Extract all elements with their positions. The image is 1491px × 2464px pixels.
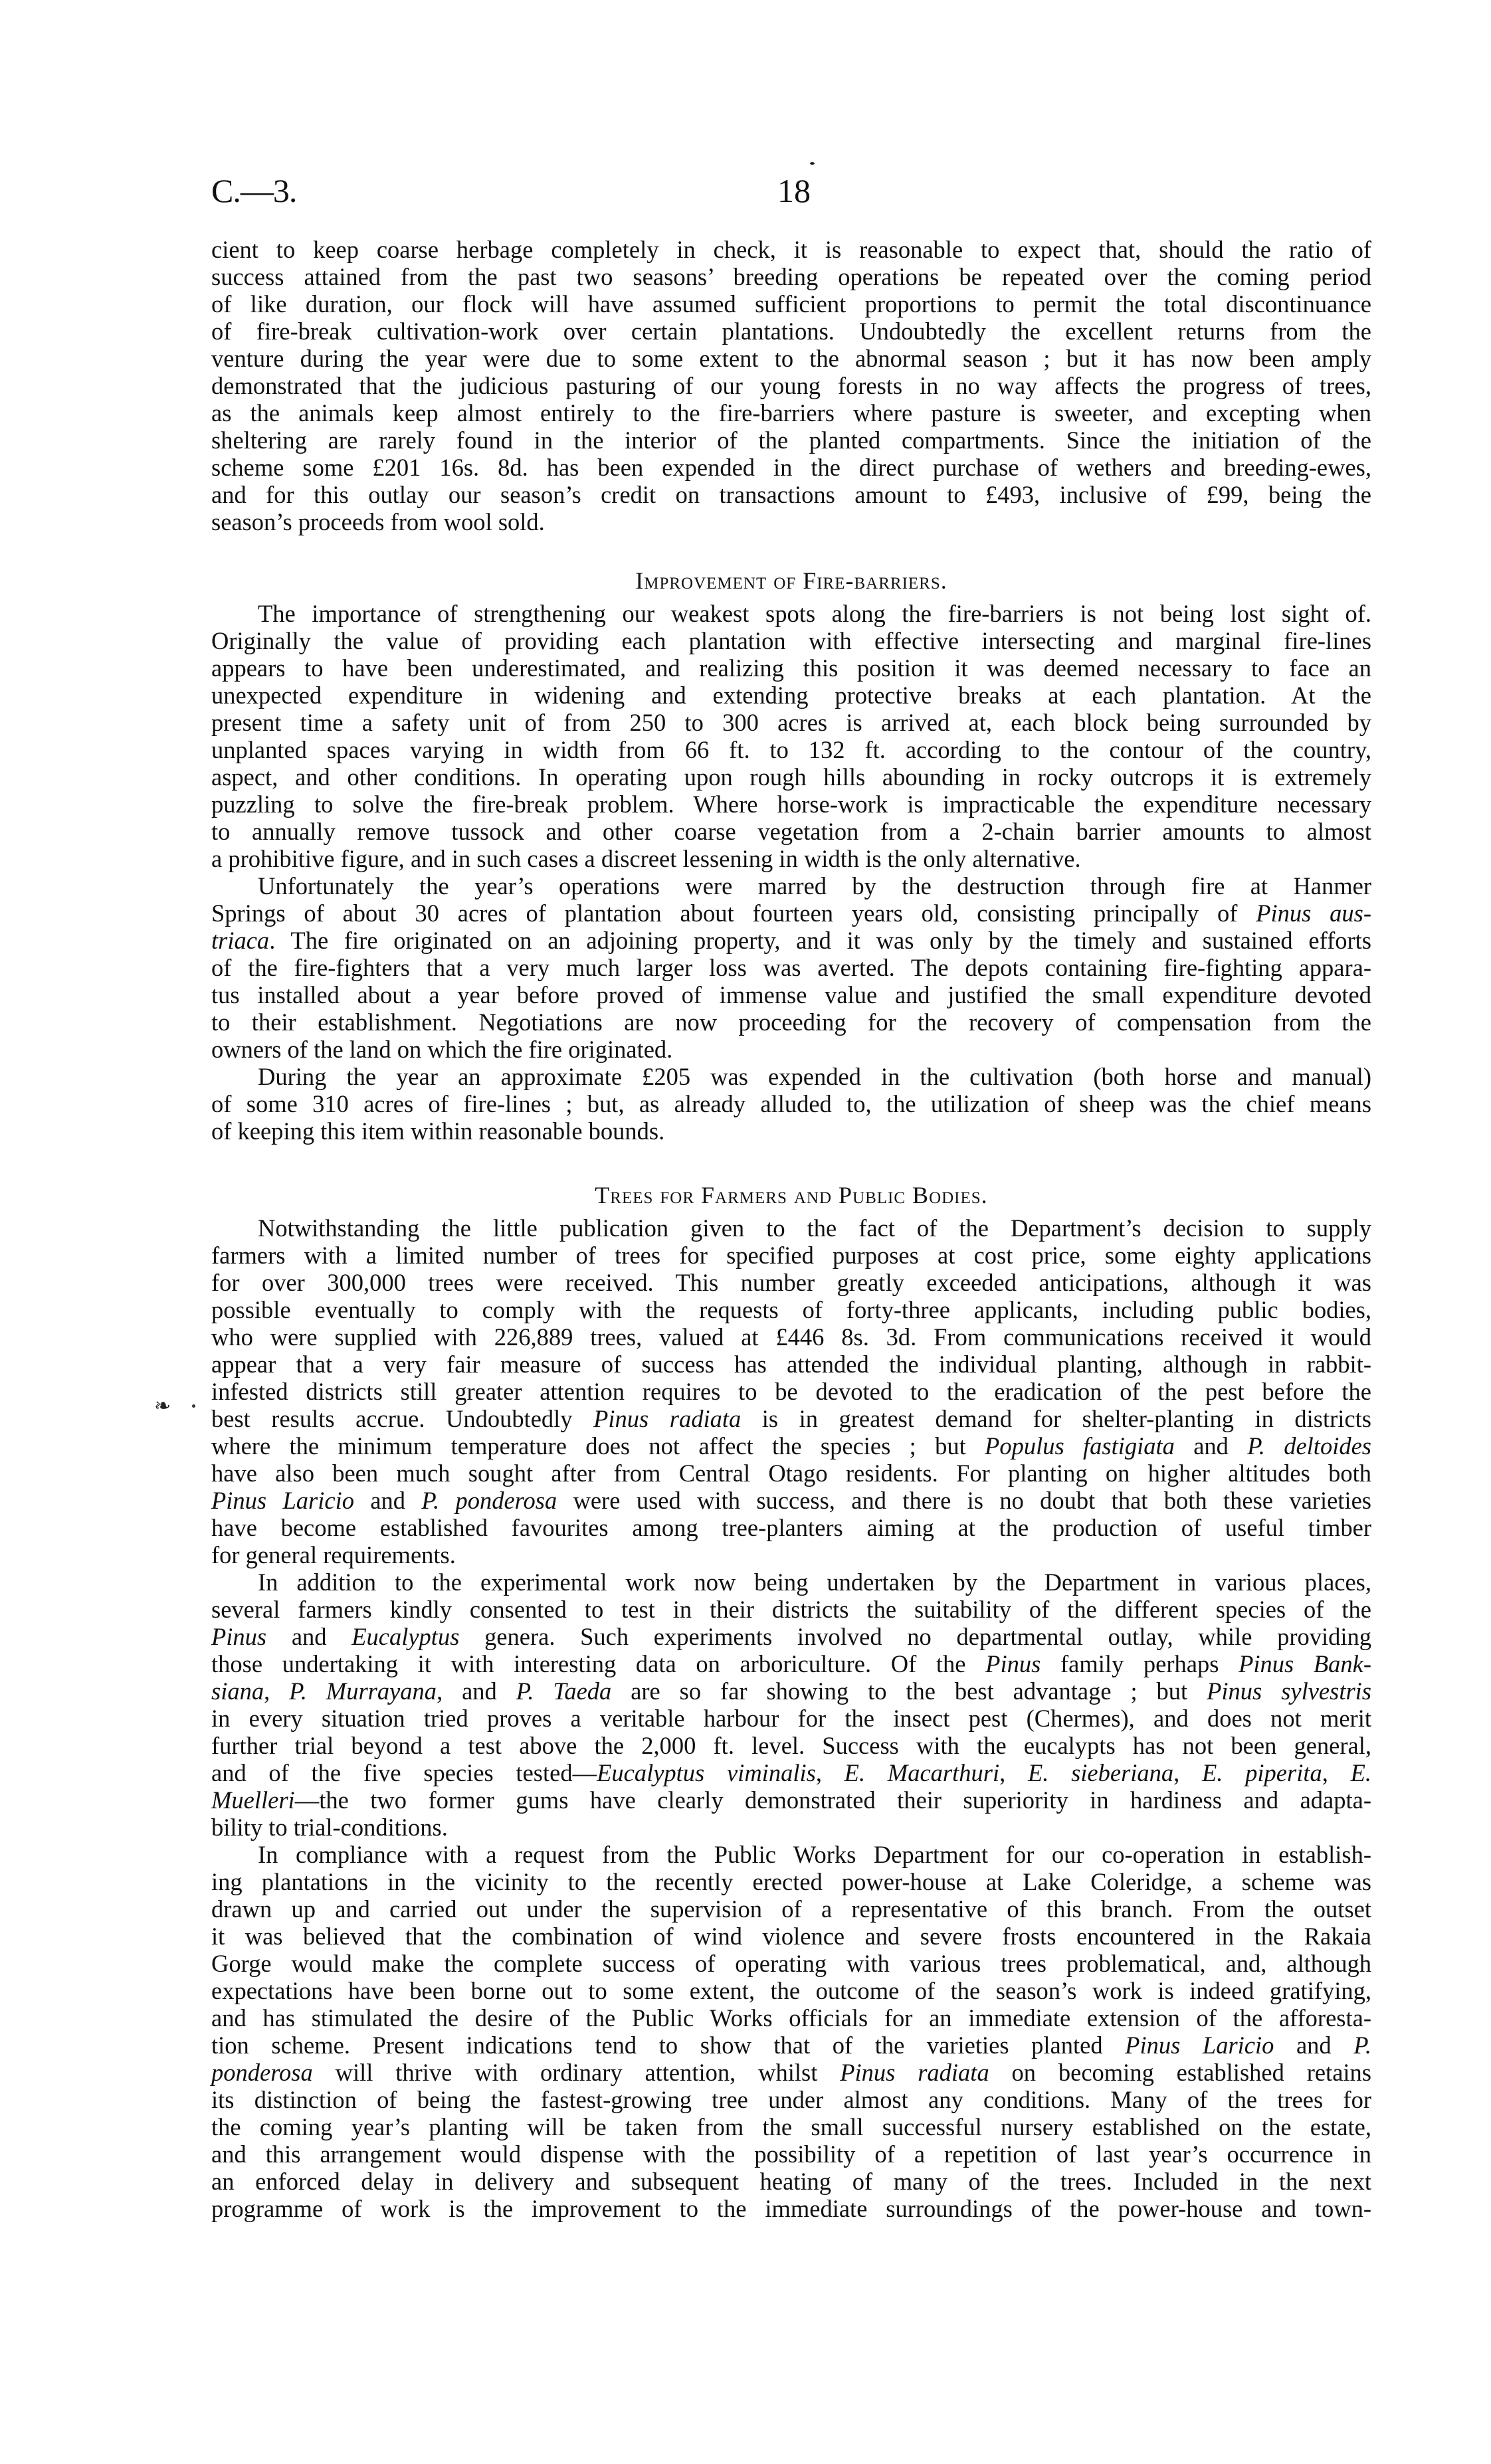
italic-species-name: E. piperita xyxy=(1202,1759,1322,1786)
document-reference: C.—3. xyxy=(211,171,296,210)
section-heading: Trees for Farmers and Public Bodies. xyxy=(211,1182,1371,1209)
text-line: of keeping this item within reasonable b… xyxy=(211,1117,1371,1145)
section-gap xyxy=(211,1145,1371,1182)
italic-species-name: E. sieberiana xyxy=(1028,1759,1173,1786)
text-line: tus installed about a year before proved… xyxy=(211,981,1371,1008)
italic-species-name: ponderosa xyxy=(211,2059,313,2086)
italic-species-name: P. deltoides xyxy=(1247,1432,1371,1460)
text-line: appears to have been underestimated, and… xyxy=(211,654,1371,682)
text-line: to their establishment. Negotiations are… xyxy=(211,1008,1371,1036)
italic-species-name: Populus fastigiata xyxy=(985,1432,1175,1460)
text-line: to annually remove tussock and other coa… xyxy=(211,818,1371,845)
italic-species-name: Pinus xyxy=(211,1623,266,1650)
text-line: for over 300,000 trees were received. Th… xyxy=(211,1269,1371,1296)
text-line: possible eventually to comply with the r… xyxy=(211,1296,1371,1323)
italic-species-name: Pinus Laricio xyxy=(211,1487,354,1514)
text-line: unplanted spaces varying in width from 6… xyxy=(211,736,1371,763)
text-line: and has stimulated the desire of the Pub… xyxy=(211,2004,1371,2032)
section-gap xyxy=(211,535,1371,567)
text-line: Unfortunately the year’s operations were… xyxy=(211,872,1371,900)
text-line: drawn up and carried out under the super… xyxy=(211,1895,1371,1923)
text-line: cient to keep coarse herbage completely … xyxy=(211,236,1371,263)
section-gap xyxy=(211,1209,1371,1214)
text-line: present time a safety unit of from 250 t… xyxy=(211,709,1371,736)
text-line: in every situation tried proves a verita… xyxy=(211,1705,1371,1732)
paragraph: Unfortunately the year’s operations were… xyxy=(211,872,1371,1063)
section-heading: Improvement of Fire-barriers. xyxy=(211,567,1371,595)
margin-dot xyxy=(192,1404,195,1408)
text-line: ing plantations in the vicinity to the r… xyxy=(211,1868,1371,1895)
text-line: expectations have been borne out to some… xyxy=(211,1977,1371,2004)
text-line: have become established favourites among… xyxy=(211,1514,1371,1541)
italic-species-name: Pinus sylvestris xyxy=(1207,1677,1371,1705)
text-line: aspect, and other conditions. In operati… xyxy=(211,763,1371,791)
text-line: of like duration, our flock will have as… xyxy=(211,290,1371,318)
text-line: several farmers kindly consented to test… xyxy=(211,1596,1371,1623)
text-line: unexpected expenditure in widening and e… xyxy=(211,682,1371,709)
italic-species-name: E. Macarthuri xyxy=(845,1759,999,1786)
italic-species-name: E. xyxy=(1351,1759,1371,1786)
text-line: Springs of about 30 acres of plantation … xyxy=(211,900,1371,927)
text-line: sheltering are rarely found in the inter… xyxy=(211,426,1371,454)
paragraph: In compliance with a request from the Pu… xyxy=(211,1841,1371,2222)
text-line: of some 310 acres of fire-lines ; but, a… xyxy=(211,1090,1371,1117)
italic-species-name: Pinus Bank- xyxy=(1239,1650,1371,1677)
text-line: Originally the value of providing each p… xyxy=(211,627,1371,654)
text-line: have also been much sought after from Ce… xyxy=(211,1460,1371,1487)
paragraph: Notwithstanding the little publication g… xyxy=(211,1214,1371,1568)
text-line: scheme some £201 16s. 8d. has been expen… xyxy=(211,454,1371,481)
text-line: a prohibitive figure, and in such cases … xyxy=(211,845,1371,872)
text-line: During the year an approximate £205 was … xyxy=(211,1063,1371,1090)
italic-species-name: Pinus xyxy=(985,1650,1041,1677)
text-line: success attained from the past two seaso… xyxy=(211,263,1371,290)
text-line: those undertaking it with interesting da… xyxy=(211,1650,1371,1677)
italic-species-name: Pinus aus- xyxy=(1256,900,1371,927)
section-gap xyxy=(211,595,1371,600)
text-line: demonstrated that the judicious pasturin… xyxy=(211,372,1371,399)
body-text: cient to keep coarse herbage completely … xyxy=(211,236,1371,2222)
text-line: of the fire-fighters that a very much la… xyxy=(211,954,1371,981)
text-line: Notwithstanding the little publication g… xyxy=(211,1214,1371,1242)
text-line: as the animals keep almost entirely to t… xyxy=(211,399,1371,426)
italic-species-name: P. Murrayana xyxy=(289,1677,437,1705)
italic-species-name: Muelleri xyxy=(211,1786,295,1814)
italic-species-name: Eucalyptus viminalis xyxy=(597,1759,816,1786)
text-line: owners of the land on which the fire ori… xyxy=(211,1036,1371,1063)
text-line: bility to trial-conditions. xyxy=(211,1814,1371,1841)
paragraph: cient to keep coarse herbage completely … xyxy=(211,236,1371,535)
text-line: who were supplied with 226,889 trees, va… xyxy=(211,1323,1371,1351)
text-line: it was believed that the combination of … xyxy=(211,1923,1371,1950)
text-line: In compliance with a request from the Pu… xyxy=(211,1841,1371,1868)
text-line: the coming year’s planting will be taken… xyxy=(211,2113,1371,2140)
text-line: appear that a very fair measure of succe… xyxy=(211,1351,1371,1378)
italic-species-name: Pinus Laricio xyxy=(1125,2032,1274,2059)
text-line: venture during the year were due to some… xyxy=(211,345,1371,372)
text-line: an enforced delay in delivery and subseq… xyxy=(211,2168,1371,2195)
scan-speck xyxy=(810,162,815,165)
text-line: infested districts still greater attenti… xyxy=(211,1378,1371,1405)
paragraph: During the year an approximate £205 was … xyxy=(211,1063,1371,1145)
text-line: best results accrue. Undoubtedly Pinus r… xyxy=(211,1405,1371,1432)
italic-species-name: Pinus radiata xyxy=(840,2059,989,2086)
paragraph: The importance of strengthening our weak… xyxy=(211,600,1371,872)
text-line: siana, P. Murrayana, and P. Taeda are so… xyxy=(211,1677,1371,1705)
italic-species-name: Pinus radiata xyxy=(593,1405,741,1432)
paragraph: In addition to the experimental work now… xyxy=(211,1568,1371,1841)
running-header: C.—3. 18 xyxy=(211,171,1373,211)
text-line: where the minimum temperature does not a… xyxy=(211,1432,1371,1460)
text-line: triaca. The fire originated on an adjoin… xyxy=(211,927,1371,954)
text-line: further trial beyond a test above the 2,… xyxy=(211,1732,1371,1759)
italic-species-name: triaca xyxy=(211,927,269,954)
text-line: Pinus and Eucalyptus genera. Such experi… xyxy=(211,1623,1371,1650)
margin-ink-mark-icon: ❧ xyxy=(154,1394,171,1418)
text-line: its distinction of being the fastest-gro… xyxy=(211,2086,1371,2113)
text-line: Pinus Laricio and P. ponderosa were used… xyxy=(211,1487,1371,1514)
text-line: and of the five species tested—Eucalyptu… xyxy=(211,1759,1371,1786)
text-line: farmers with a limited number of trees f… xyxy=(211,1242,1371,1269)
text-line: season’s proceeds from wool sold. xyxy=(211,508,1371,535)
text-line: of fire-break cultivation-work over cert… xyxy=(211,318,1371,345)
text-line: The importance of strengthening our weak… xyxy=(211,600,1371,627)
text-line: Muelleri—the two former gums have clearl… xyxy=(211,1786,1371,1814)
italic-species-name: siana xyxy=(211,1677,264,1705)
page-number: 18 xyxy=(777,171,811,210)
text-line: In addition to the experimental work now… xyxy=(211,1568,1371,1596)
text-line: and this arrangement would dispense with… xyxy=(211,2140,1371,2168)
text-line: for general requirements. xyxy=(211,1541,1371,1568)
italic-species-name: P. Taeda xyxy=(516,1677,612,1705)
text-line: programme of work is the improvement to … xyxy=(211,2195,1371,2222)
text-line: ponderosa will thrive with ordinary atte… xyxy=(211,2059,1371,2086)
italic-species-name: P. ponderosa xyxy=(421,1487,557,1514)
italic-species-name: Eucalyptus xyxy=(351,1623,459,1650)
text-line: tion scheme. Present indications tend to… xyxy=(211,2032,1371,2059)
text-line: and for this outlay our season’s credit … xyxy=(211,481,1371,508)
text-line: puzzling to solve the fire-break problem… xyxy=(211,791,1371,818)
italic-species-name: P. xyxy=(1353,2032,1371,2059)
text-line: Gorge would make the complete success of… xyxy=(211,1950,1371,1977)
